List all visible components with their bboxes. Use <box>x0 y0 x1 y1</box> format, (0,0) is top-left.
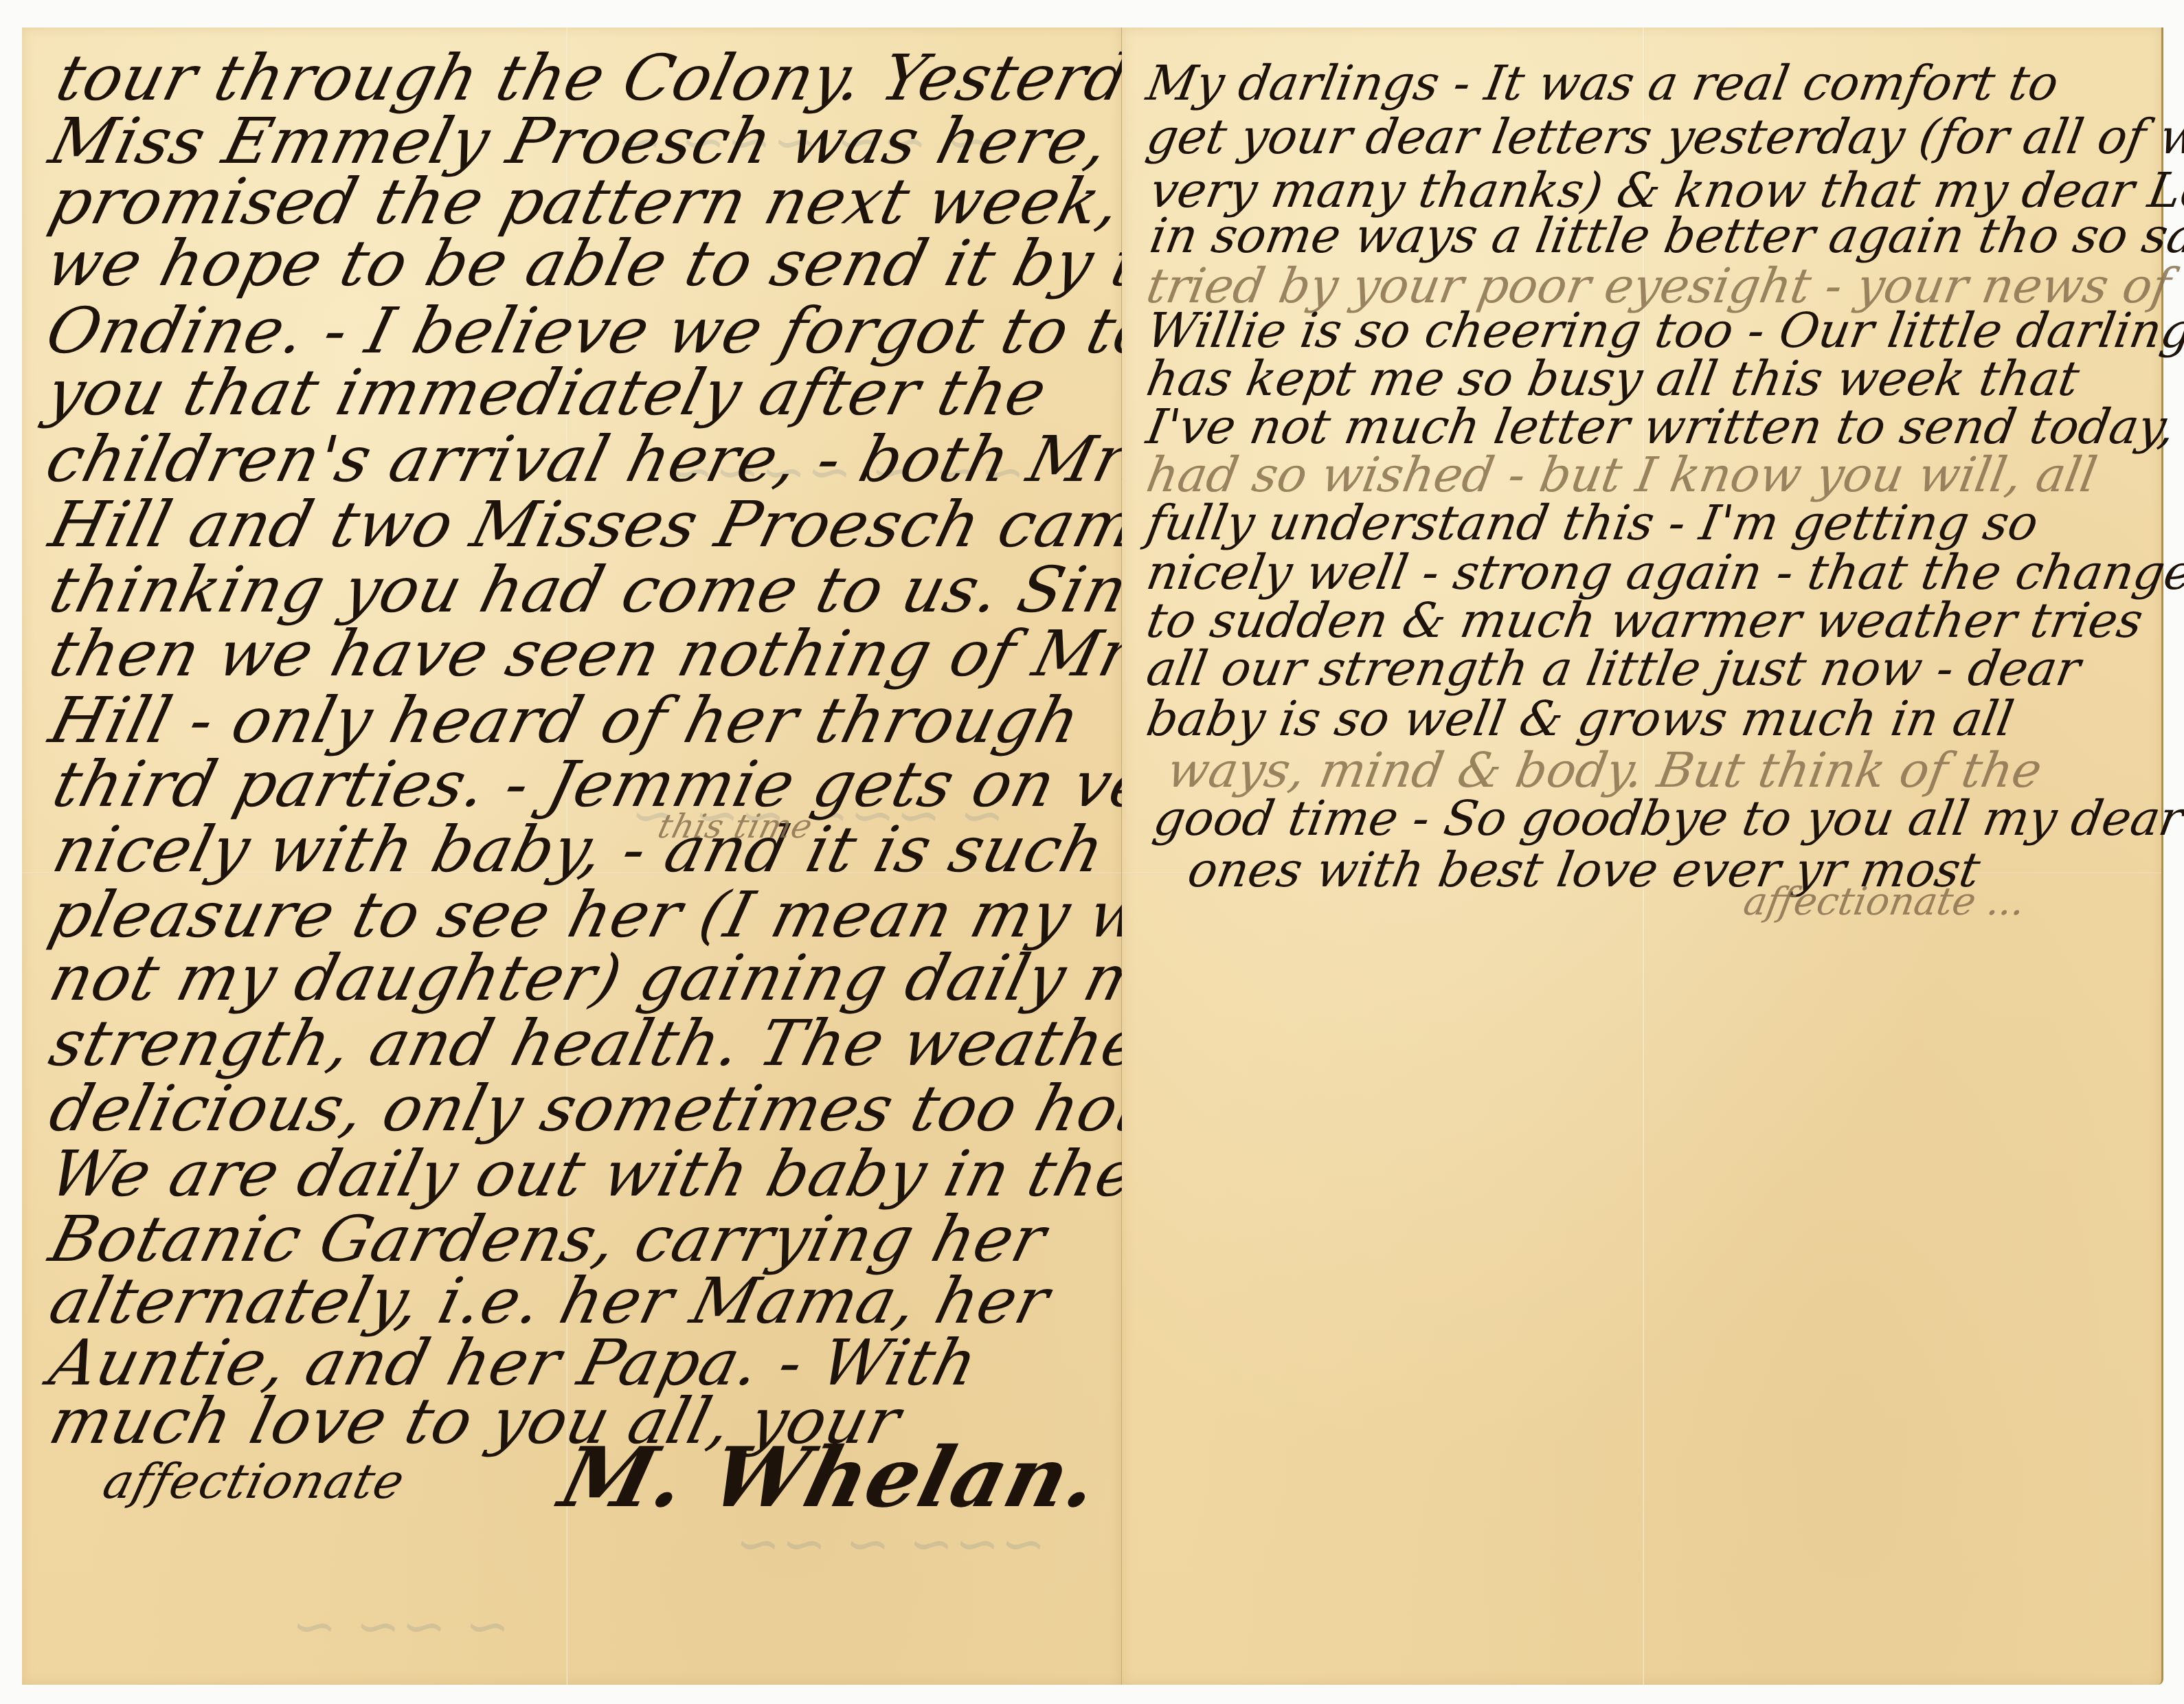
letter-line: get your dear letters yesterday (for all… <box>1142 109 2184 165</box>
letter-line: then we have seen nothing of Mrs. <box>43 617 1195 691</box>
letter-line: nicely with baby, - and it is such a <box>46 813 1171 886</box>
left-page-text: tour through the Colony. Yesterday Miss … <box>22 27 1121 1685</box>
letter-line: strength, and health. The weather is <box>43 1007 1256 1080</box>
letter-line: delicious, only sometimes too hot. <box>43 1072 1173 1145</box>
letter-line: all our strength a little just now - dea… <box>1142 640 2084 697</box>
letter-line: We are daily out with baby in the <box>43 1137 1145 1211</box>
letter-page-right: My darlings - It was a real comfort to g… <box>1122 27 2163 1685</box>
letter-line: fully understand this - I'm getting so <box>1142 495 2042 551</box>
interlinear-note: this time <box>654 807 817 846</box>
letter-line: My darlings - It was a real comfort to <box>1142 55 2063 111</box>
letter-line: not my daughter) gaining daily more <box>43 941 1263 1015</box>
letter-signature: M. Whelan. <box>551 1429 1109 1526</box>
letter-line: we hope to be able to send it by the <box>39 227 1228 300</box>
letter-line: pleasure to see her (I mean my wife <box>43 878 1237 952</box>
letter-line: good time - So goodbye to you all my dea… <box>1149 790 2184 847</box>
letter-line: baby is so well & grows much in all <box>1142 691 2018 747</box>
letter-line: thinking you had come to us. Since <box>43 553 1209 627</box>
letter-line: Hill - only heard of her through <box>43 684 1088 757</box>
right-page-text: My darlings - It was a real comfort to g… <box>1122 27 2161 1685</box>
letter-closing: affectionate ... <box>1740 879 2028 924</box>
letter-page-left: ~ ~~ ~~~ ~ ~~ ~ ~~~~ ~ ~~~ ~~ ~ ~~~ ~ ~~… <box>22 27 1123 1685</box>
letter-line: you that immediately after the <box>39 356 1055 429</box>
letter-line: in some ways a little better again tho s… <box>1146 208 2184 264</box>
letter-closing: affectionate <box>98 1453 411 1510</box>
letter-line: third parties. - Jemmie gets on very <box>46 748 1226 821</box>
letter-line: children's arrival here, - both Mrs. <box>39 423 1189 496</box>
letter-line: tour through the Colony. Yesterday <box>49 41 1211 115</box>
